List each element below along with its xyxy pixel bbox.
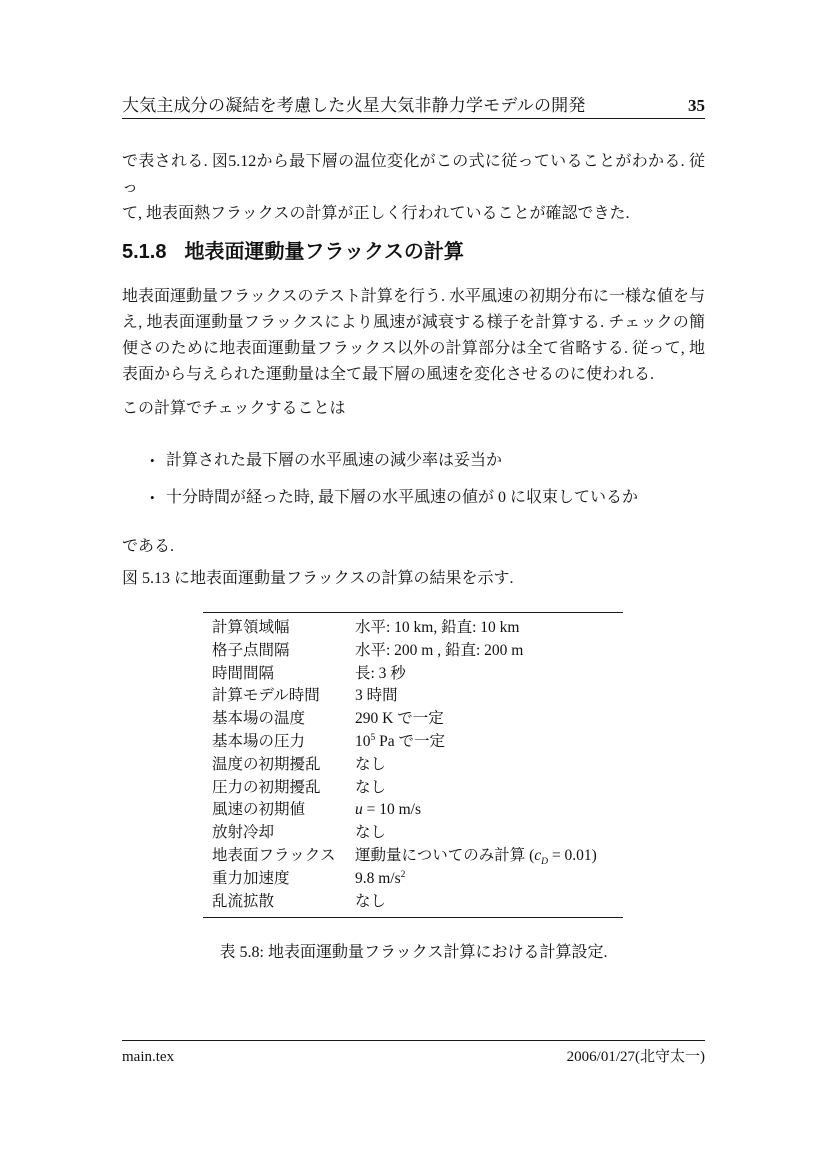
table-row: 放射冷却なし bbox=[203, 822, 623, 845]
table-row: 乱流拡散なし bbox=[203, 891, 623, 914]
table-row: 計算領域幅水平: 10 km, 鉛直: 10 km bbox=[203, 617, 623, 640]
row-value: u = 10 m/s bbox=[355, 799, 623, 822]
row-value: 105 Pa で一定 bbox=[355, 731, 623, 754]
table-row: 温度の初期擾乱なし bbox=[203, 754, 623, 777]
row-label: 温度の初期擾乱 bbox=[212, 754, 355, 777]
row-label: 計算モデル時間 bbox=[212, 685, 355, 708]
table-row: 時間間隔長: 3 秒 bbox=[203, 663, 623, 686]
section-heading: 5.1.8地表面運動量フラックスの計算 bbox=[122, 240, 705, 264]
paragraph-line: え, 地表面運動量フラックスにより風速が減衰する様子を計算する. チェックの簡 bbox=[122, 310, 705, 336]
table-row: 風速の初期値u = 10 m/s bbox=[203, 799, 623, 822]
row-value: 長: 3 秒 bbox=[355, 663, 623, 686]
row-value: なし bbox=[355, 891, 623, 914]
table-caption: 表 5.8: 地表面運動量フラックス計算における計算設定. bbox=[122, 942, 705, 964]
row-value: 運動量についてのみ計算 (cD = 0.01) bbox=[355, 845, 623, 868]
table-row: 圧力の初期擾乱なし bbox=[203, 777, 623, 800]
list-item: • 十分時間が経った時, 最下層の水平風速の値が 0 に収束しているか bbox=[122, 485, 705, 511]
page-number: 35 bbox=[688, 96, 705, 115]
intro-paragraph: で表される. 図5.12から最下層の温位変化がこの式に従っていることがわかる. … bbox=[122, 149, 705, 227]
row-label: 重力加速度 bbox=[212, 868, 355, 891]
paragraph-line: 地表面運動量フラックスのテスト計算を行う. 水平風速の初期分布に一様な値を与 bbox=[122, 284, 705, 310]
section-number: 5.1.8 bbox=[122, 241, 166, 263]
list-item-text: 計算された最下層の水平風速の減少率は妥当か bbox=[166, 448, 502, 474]
row-value: 水平: 200 m , 鉛直: 200 m bbox=[355, 640, 623, 663]
table-row: 基本場の圧力105 Pa で一定 bbox=[203, 731, 623, 754]
bullet-icon: • bbox=[150, 485, 166, 511]
list-item-text: 十分時間が経った時, 最下層の水平風速の値が 0 に収束しているか bbox=[166, 485, 638, 511]
paragraph-line: て, 地表面熱フラックスの計算が正しく行われていることが確認できた. bbox=[122, 201, 705, 227]
running-title: 大気主成分の凝結を考慮した火星大気非静力学モデルの開発 bbox=[122, 96, 586, 115]
row-label: 基本場の圧力 bbox=[212, 731, 355, 754]
row-label: 放射冷却 bbox=[212, 822, 355, 845]
row-label: 格子点間隔 bbox=[212, 640, 355, 663]
row-value: 9.8 m/s2 bbox=[355, 868, 623, 891]
running-header: 大気主成分の凝結を考慮した火星大気非静力学モデルの開発 35 bbox=[122, 96, 705, 119]
row-value: 3 時間 bbox=[355, 685, 623, 708]
figure-reference-line: 図 5.13 に地表面運動量フラックスの計算の結果を示す. bbox=[122, 566, 705, 592]
row-label: 乱流拡散 bbox=[212, 891, 355, 914]
section-title: 地表面運動量フラックスの計算 bbox=[184, 241, 463, 263]
conclusion-line: である. bbox=[122, 534, 705, 560]
table-row: 格子点間隔水平: 200 m , 鉛直: 200 m bbox=[203, 640, 623, 663]
row-value: なし bbox=[355, 777, 623, 800]
footer-date-author: 2006/01/27(北守太一) bbox=[567, 1048, 705, 1066]
row-label: 計算領域幅 bbox=[212, 617, 355, 640]
row-label: 風速の初期値 bbox=[212, 799, 355, 822]
table-row: 基本場の温度290 K で一定 bbox=[203, 708, 623, 731]
row-value: なし bbox=[355, 754, 623, 777]
row-label: 圧力の初期擾乱 bbox=[212, 777, 355, 800]
page-footer: main.tex 2006/01/27(北守太一) bbox=[122, 1040, 705, 1066]
table-row: 地表面フラックス運動量についてのみ計算 (cD = 0.01) bbox=[203, 845, 623, 868]
body-paragraph: 地表面運動量フラックスのテスト計算を行う. 水平風速の初期分布に一様な値を与 え… bbox=[122, 284, 705, 388]
document-page: 大気主成分の凝結を考慮した火星大気非静力学モデルの開発 35 で表される. 図5… bbox=[0, 0, 826, 1169]
settings-table: 計算領域幅水平: 10 km, 鉛直: 10 km 格子点間隔水平: 200 m… bbox=[203, 612, 623, 918]
list-item: • 計算された最下層の水平風速の減少率は妥当か bbox=[122, 448, 705, 474]
row-label: 基本場の温度 bbox=[212, 708, 355, 731]
row-label: 地表面フラックス bbox=[212, 845, 355, 868]
row-value: なし bbox=[355, 822, 623, 845]
row-label: 時間間隔 bbox=[212, 663, 355, 686]
bullet-icon: • bbox=[150, 448, 166, 474]
paragraph-line: 便さのために地表面運動量フラックス以外の計算部分は全て省略する. 従って, 地 bbox=[122, 336, 705, 362]
paragraph-line: 表面から与えられた運動量は全て最下層の風速を変化させるのに使われる. bbox=[122, 362, 705, 388]
footer-filename: main.tex bbox=[122, 1048, 174, 1066]
check-intro-line: この計算でチェックすることは bbox=[122, 396, 705, 422]
bullet-list: • 計算された最下層の水平風速の減少率は妥当か • 十分時間が経った時, 最下層… bbox=[122, 448, 705, 511]
row-value: 水平: 10 km, 鉛直: 10 km bbox=[355, 617, 623, 640]
paragraph-line: で表される. 図5.12から最下層の温位変化がこの式に従っていることがわかる. … bbox=[122, 149, 705, 201]
table-row: 計算モデル時間3 時間 bbox=[203, 685, 623, 708]
row-value: 290 K で一定 bbox=[355, 708, 623, 731]
table-row: 重力加速度9.8 m/s2 bbox=[203, 868, 623, 891]
